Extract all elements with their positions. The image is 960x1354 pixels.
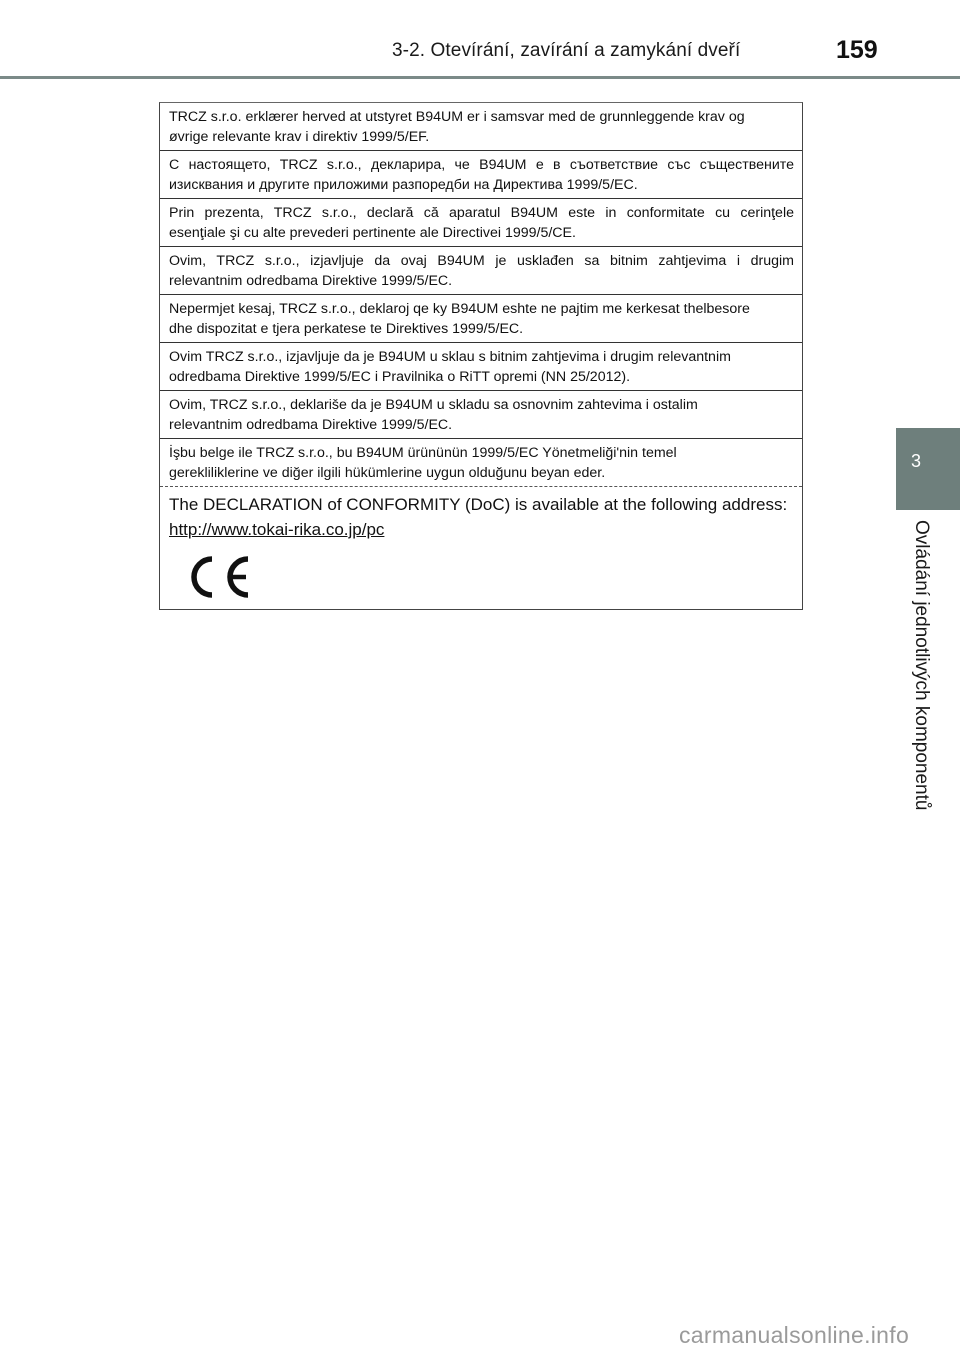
declaration-line: изисквания и другите приложими разпоредб… xyxy=(169,175,794,195)
declaration-bosnian: Ovim, TRCZ s.r.o., izjavljuje da ovaj B9… xyxy=(160,247,802,295)
declaration-line: Ovim, TRCZ s.r.o., deklariše da je B94UM… xyxy=(169,395,794,415)
declaration-line: esenţiale şi cu alte prevederi pertinent… xyxy=(169,223,794,243)
declaration-line: İşbu belge ile TRCZ s.r.o., bu B94UM ürü… xyxy=(169,443,794,463)
header-divider xyxy=(0,76,960,79)
section-title: 3-2. Otevírání, zavírání a zamykání dveř… xyxy=(392,40,740,62)
page-number: 159 xyxy=(836,36,878,65)
chapter-label: Ovládání jednotlivých komponentů xyxy=(908,520,938,840)
declaration-line: relevantnim odredbama Direktive 1999/5/E… xyxy=(169,271,794,291)
declaration-romanian: Prin prezenta, TRCZ s.r.o., declară că a… xyxy=(160,199,802,247)
declaration-line: TRCZ s.r.o. erklærer herved at utstyret … xyxy=(169,107,794,127)
ce-mark-icon xyxy=(190,555,256,599)
declaration-line: gerekliliklerine ve diğer ilgili hükümle… xyxy=(169,463,794,483)
declaration-norwegian: TRCZ s.r.o. erklærer herved at utstyret … xyxy=(160,103,802,151)
declaration-line: Nepermjet kesaj, TRCZ s.r.o., deklaroj q… xyxy=(169,299,794,319)
declaration-line: øvrige relevante krav i direktiv 1999/5/… xyxy=(169,127,794,147)
doc-statement: The DECLARATION of CONFORMITY (DoC) is a… xyxy=(169,493,794,517)
declaration-line: Ovim TRCZ s.r.o., izjavljuje da je B94UM… xyxy=(169,347,794,367)
declaration-croatian: Ovim TRCZ s.r.o., izjavljuje da je B94UM… xyxy=(160,343,802,391)
chapter-label-text: Ovládání jednotlivých komponentů xyxy=(910,520,932,810)
doc-url-link[interactable]: http://www.tokai-rika.co.jp/pc xyxy=(169,518,384,542)
declaration-bulgarian: С настоящето, TRCZ s.r.o., декларира, че… xyxy=(160,151,802,199)
declaration-line: relevantnim odredbama Direktive 1999/5/E… xyxy=(169,415,794,435)
declaration-line: Prin prezenta, TRCZ s.r.o., declară că a… xyxy=(169,203,794,223)
chapter-number: 3 xyxy=(911,451,921,472)
declaration-line: С настоящето, TRCZ s.r.o., декларира, че… xyxy=(169,155,794,175)
declaration-albanian: Nepermjet kesaj, TRCZ s.r.o., deklaroj q… xyxy=(160,295,802,343)
declaration-serbian: Ovim, TRCZ s.r.o., deklariše da je B94UM… xyxy=(160,391,802,439)
chapter-tab: 3 xyxy=(896,428,960,510)
declaration-line: Ovim, TRCZ s.r.o., izjavljuje da ovaj B9… xyxy=(169,251,794,271)
declaration-turkish: İşbu belge ile TRCZ s.r.o., bu B94UM ürü… xyxy=(160,439,802,487)
declaration-table: TRCZ s.r.o. erklærer herved at utstyret … xyxy=(159,102,803,610)
declaration-line: dhe dispozitat e tjera perkatese te Dire… xyxy=(169,319,794,339)
declaration-line: odredbama Direktive 1999/5/EC i Pravilni… xyxy=(169,367,794,387)
watermark: carmanualsonline.info xyxy=(679,1322,909,1349)
doc-availability: The DECLARATION of CONFORMITY (DoC) is a… xyxy=(160,487,802,609)
